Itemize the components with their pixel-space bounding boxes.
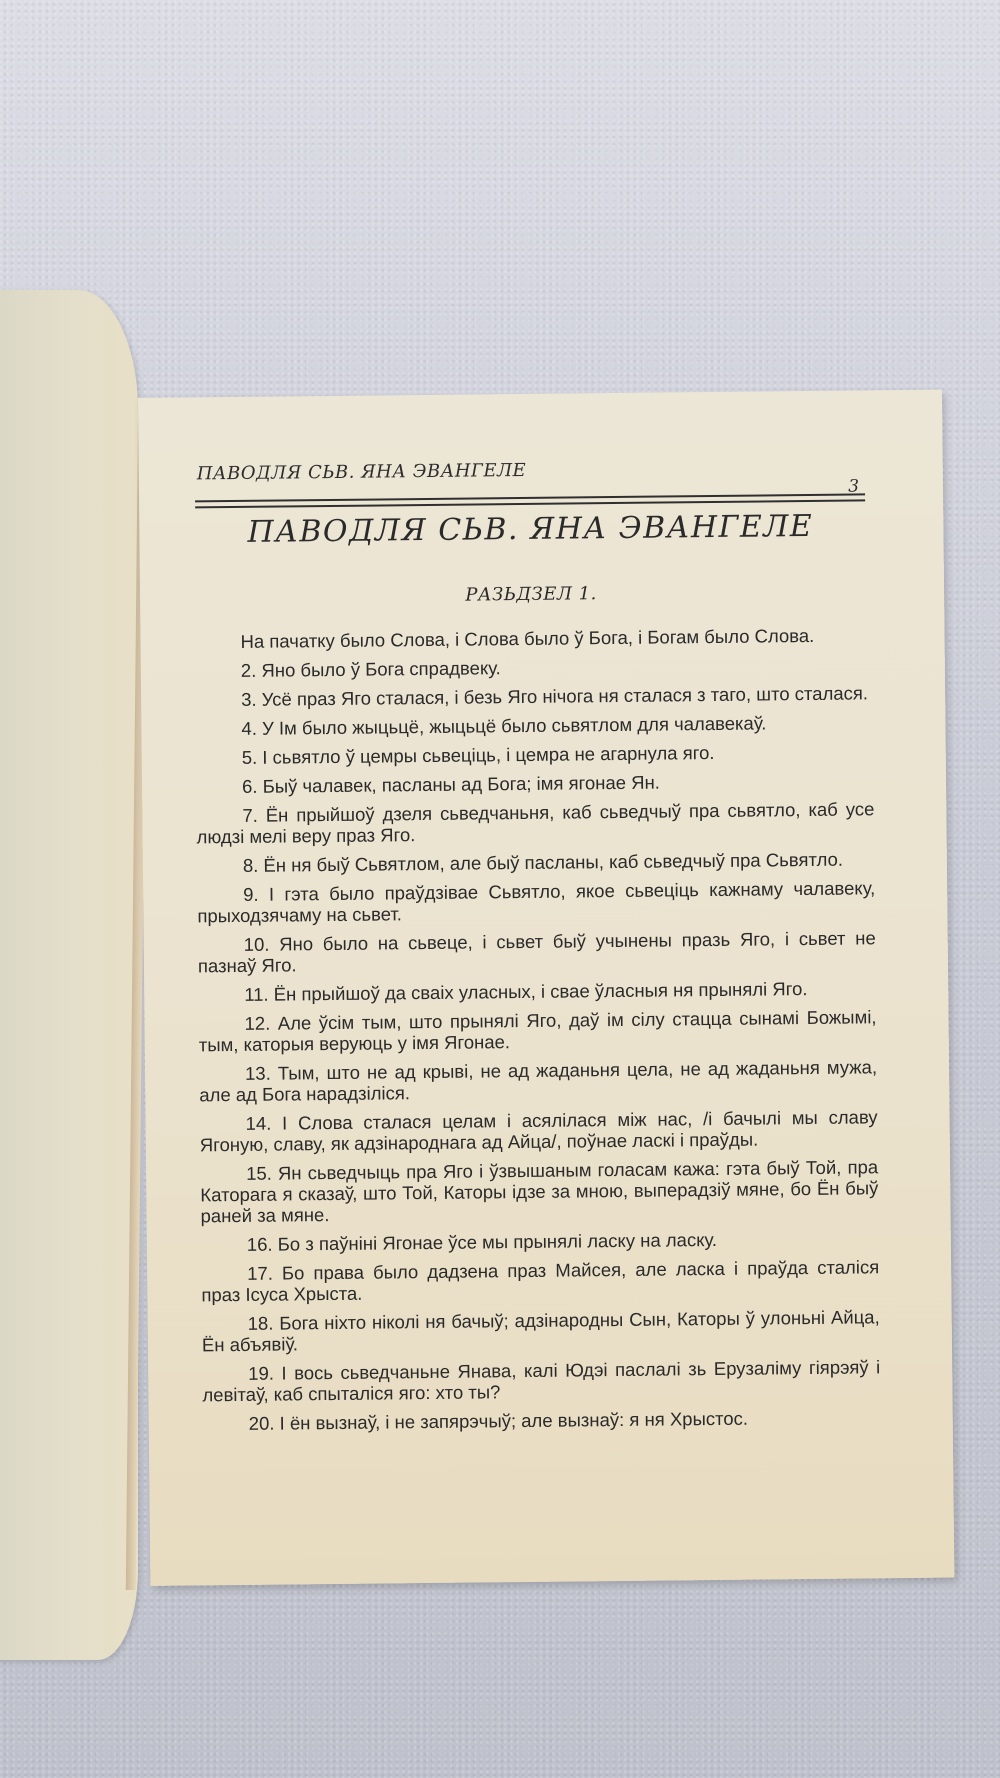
left-facing-page (0, 290, 138, 1660)
verse-1: На пачатку было Слова, і Слова было ў Бо… (194, 624, 872, 652)
verse-6: 6. Быў чалавек, пасланы ад Бога; імя яго… (196, 769, 874, 797)
verse-7: 7. Ён прыйшоў дзеля сьведчаньня, каб сьв… (196, 798, 874, 847)
verse-11: 11. Ён прыйшоў да сваіх уласных, і свае … (198, 977, 876, 1005)
verse-9: 9. І гэта было праўдзівае Сьвятло, якое … (197, 877, 875, 926)
running-head: ПАВОДЛЯ СЬВ. ЯНА ЭВАНГЕЛЕ (197, 460, 527, 484)
chapter-heading: РАЗЬДЗЕЛ 1. (196, 580, 866, 608)
verse-4: 4. У Ім было жыцьцё, жыцьцё было сьвятло… (195, 711, 873, 739)
verse-5: 5. І сьвятло ў цемры сьвеціць, і цемра н… (196, 740, 874, 768)
verse-20: 20. І ён вызнаў, і не запярэчыў; але выз… (203, 1406, 881, 1434)
verse-13: 13. Тым, што не ад крыві, не ад жаданьня… (199, 1056, 877, 1105)
verse-14: 14. І Слова сталася целам і асялілася мі… (199, 1106, 877, 1155)
verse-16: 16. Бо з паўніні Ягонае ўсе мы прынялі л… (201, 1227, 879, 1255)
verse-10: 10. Яно было на сьвеце, і сьвет быў учын… (198, 927, 876, 976)
verse-2: 2. Яно было ў Бога спрадвеку. (195, 653, 873, 681)
page-title: ПАВОДЛЯ СЬВ. ЯНА ЭВАНГЕЛЕ (195, 508, 865, 550)
verse-12: 12. Але ўсім тым, што прынялі Яго, даў і… (198, 1006, 876, 1055)
verse-list: На пачатку было Слова, і Слова было ў Бо… (194, 624, 880, 1442)
verse-19: 19. І вось сьведчаньне Янава, калі Юдэі … (202, 1356, 880, 1405)
verse-18: 18. Бога ніхто ніколі ня бачыў; адзінаро… (202, 1306, 880, 1355)
book-page: ПАВОДЛЯ СЬВ. ЯНА ЭВАНГЕЛЕ 3 ПАВОДЛЯ СЬВ.… (138, 390, 954, 1586)
verse-15: 15. Ян сьведчыць пра Яго і ўзвышаным гол… (200, 1156, 879, 1226)
verse-3: 3. Усё праз Яго сталася, і безь Яго нічо… (195, 682, 873, 710)
verse-17: 17. Бо права было дадзена праз Майсея, а… (201, 1256, 879, 1305)
verse-8: 8. Ён ня быў Сьвятлом, але быў пасланы, … (197, 848, 875, 876)
